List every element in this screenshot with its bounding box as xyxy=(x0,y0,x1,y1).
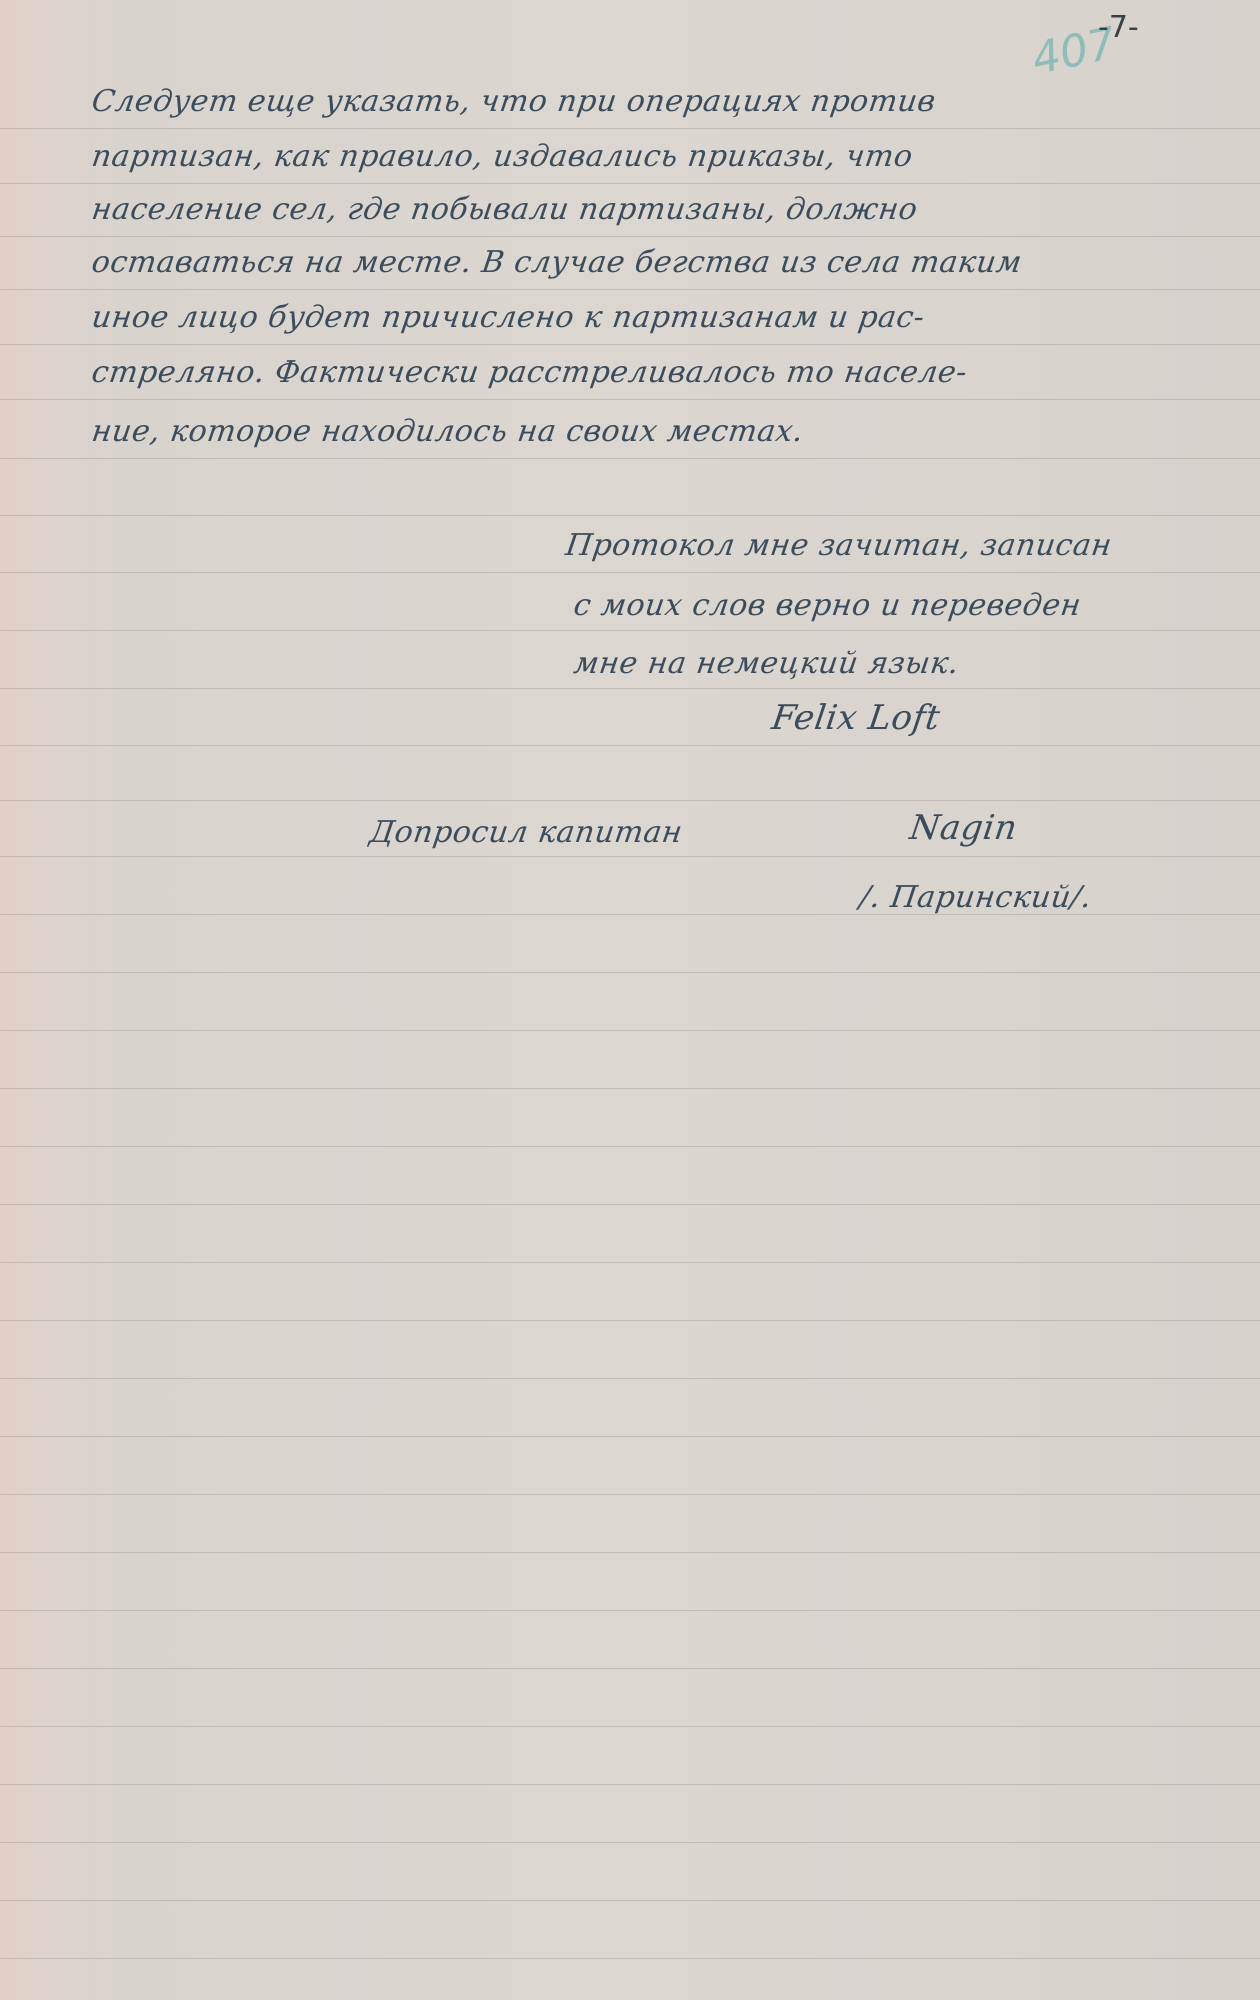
rule-line xyxy=(0,1552,1260,1553)
rule-line xyxy=(0,630,1260,631)
body-line: ние, которое находилось на своих местах. xyxy=(90,414,806,449)
rule-line xyxy=(0,128,1260,129)
body-line: население сел, где побывали партизаны, д… xyxy=(90,192,920,227)
rule-line xyxy=(0,1378,1260,1379)
rule-line xyxy=(0,688,1260,689)
rule-line xyxy=(0,344,1260,345)
certification-line: мне на немецкий язык. xyxy=(572,646,962,681)
rule-line xyxy=(0,458,1260,459)
rule-line xyxy=(0,1030,1260,1031)
rule-line xyxy=(0,289,1260,290)
body-line: оставаться на месте. В случае бегства из… xyxy=(90,245,1025,280)
rule-line xyxy=(0,1494,1260,1495)
rule-line xyxy=(0,1900,1260,1901)
body-line: партизан, как правило, издавались приказ… xyxy=(90,139,916,174)
rule-line xyxy=(0,856,1260,857)
rule-line xyxy=(0,1088,1260,1089)
rule-line xyxy=(0,572,1260,573)
page-number: -7- xyxy=(1098,10,1139,45)
rule-line xyxy=(0,1436,1260,1437)
rule-line xyxy=(0,1146,1260,1147)
rule-line xyxy=(0,515,1260,516)
rule-line xyxy=(0,399,1260,400)
interrogator-line: Допросил капитан xyxy=(368,815,685,850)
rule-line xyxy=(0,745,1260,746)
rule-line xyxy=(0,1204,1260,1205)
body-line: стреляно. Фактически расстреливалось то … xyxy=(90,355,970,390)
rule-line xyxy=(0,800,1260,801)
rule-line xyxy=(0,1726,1260,1727)
witness-signature: Felix Loft xyxy=(769,698,943,738)
rule-line xyxy=(0,1958,1260,1959)
rule-line xyxy=(0,1668,1260,1669)
body-line: Следует еще указать, что при операциях п… xyxy=(90,84,938,119)
certification-line: Протокол мне зачитан, записан xyxy=(564,528,1115,563)
interrogator-signature: Nagin xyxy=(907,808,1020,848)
rule-line xyxy=(0,183,1260,184)
rule-line xyxy=(0,972,1260,973)
rule-line xyxy=(0,1262,1260,1263)
rule-line xyxy=(0,1610,1260,1611)
certification-line: с моих слов верно и переведен xyxy=(572,588,1084,623)
interrogator-name: /. Паринский/. xyxy=(858,880,1094,915)
rule-line xyxy=(0,236,1260,237)
rule-line xyxy=(0,1784,1260,1785)
rule-line xyxy=(0,1320,1260,1321)
rule-line xyxy=(0,1842,1260,1843)
body-line: иное лицо будет причислено к партизанам … xyxy=(90,300,927,335)
document-page: 407 -7- Следует еще указать, что при опе… xyxy=(0,0,1260,2000)
